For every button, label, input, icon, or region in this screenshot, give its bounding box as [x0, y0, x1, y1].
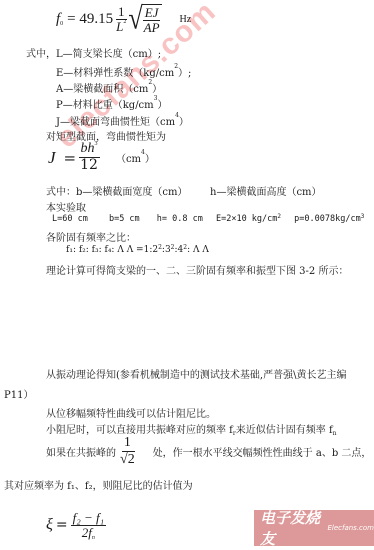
f0-fraction: 1 L2 [114, 5, 128, 34]
def-P: P—材料比重（kg/cm3） [56, 96, 167, 111]
vibration-theory-cont: P11） [4, 386, 33, 401]
param-p: p=0.0078kg/cm3 [294, 214, 364, 224]
small-damping: 小阻尼时，可以直接用共振峰对应的频率 fr来近似估计固有频率 fn [46, 421, 337, 436]
def-E: E—材料弹性系数（kg/cm2）; [56, 64, 191, 79]
site-logo: 电子发烧友 Elecfans.com [254, 510, 374, 546]
def-A: A—梁横截面积（cm2） [56, 80, 162, 95]
logo-en-text: Elecfans.com [327, 524, 374, 532]
parameters-row: L=60 cm b=5 cm h= 0.8 cm E=2×10 kg/cm2 p… [52, 214, 364, 224]
param-E: E=2×10 kg/cm2 [216, 214, 281, 224]
freq-text: 其对应频率为 f₁、f₂，则阻尼比的估计值为 [4, 477, 193, 492]
param-h: h= 0.8 cm [157, 214, 203, 224]
rect-section-text: 对矩型截面，弯曲惯性矩为 [46, 128, 166, 143]
experiment-label: 本实验取 [46, 199, 86, 214]
h-definition: h—梁横截面高度（cm） [210, 183, 322, 198]
f0-coef: = 49.15 [67, 11, 113, 28]
damping-estimate: 从位移幅频特性曲线可以估计阻尼比。 [46, 405, 216, 420]
formula-xi: ξ = f₂ − f₁ 2fn [46, 511, 106, 540]
param-L: L=60 cm [52, 214, 88, 224]
def-J: J—梁截面弯曲惯性矩（cm4） [56, 113, 189, 128]
formula-J: J = bh3 12 （cm4） [48, 142, 155, 173]
peak-line: 如果在共振峰的 1 √2 处，作一根水平线交幅频性性曲线于 a、b 二点， [46, 436, 371, 467]
b-definition: 式中：b—梁横截面宽度（cm） [46, 183, 187, 198]
theory-text: 理论计算可得简支梁的一、二、三阶固有频率和振型下图 3-2 所示： [46, 262, 348, 277]
param-b: b=5 cm [109, 214, 140, 224]
ratio-label: 各阶固有频率之比： [46, 229, 136, 244]
logo-cn-text: 电子发烧友 [260, 507, 325, 549]
f0-unit: Hz [180, 14, 192, 25]
definitions-intro: 式中，L—简支梁长度（cm）; [26, 45, 161, 60]
formula-f0: f0 = 49.15 1 L2 √ EJ AP Hz [56, 4, 191, 35]
ratio-formula: f₁: f₂: f₃: f₄: Λ Λ =1:22:32:42: Λ Λ [66, 245, 209, 255]
f0-lhs: f0 [56, 11, 63, 28]
f0-sqrt: √ EJ AP [128, 4, 161, 35]
vibration-theory: 从振动理论得知(参看机械制造中的测试技术基础,严普强\黄长艺主编 [46, 366, 346, 381]
